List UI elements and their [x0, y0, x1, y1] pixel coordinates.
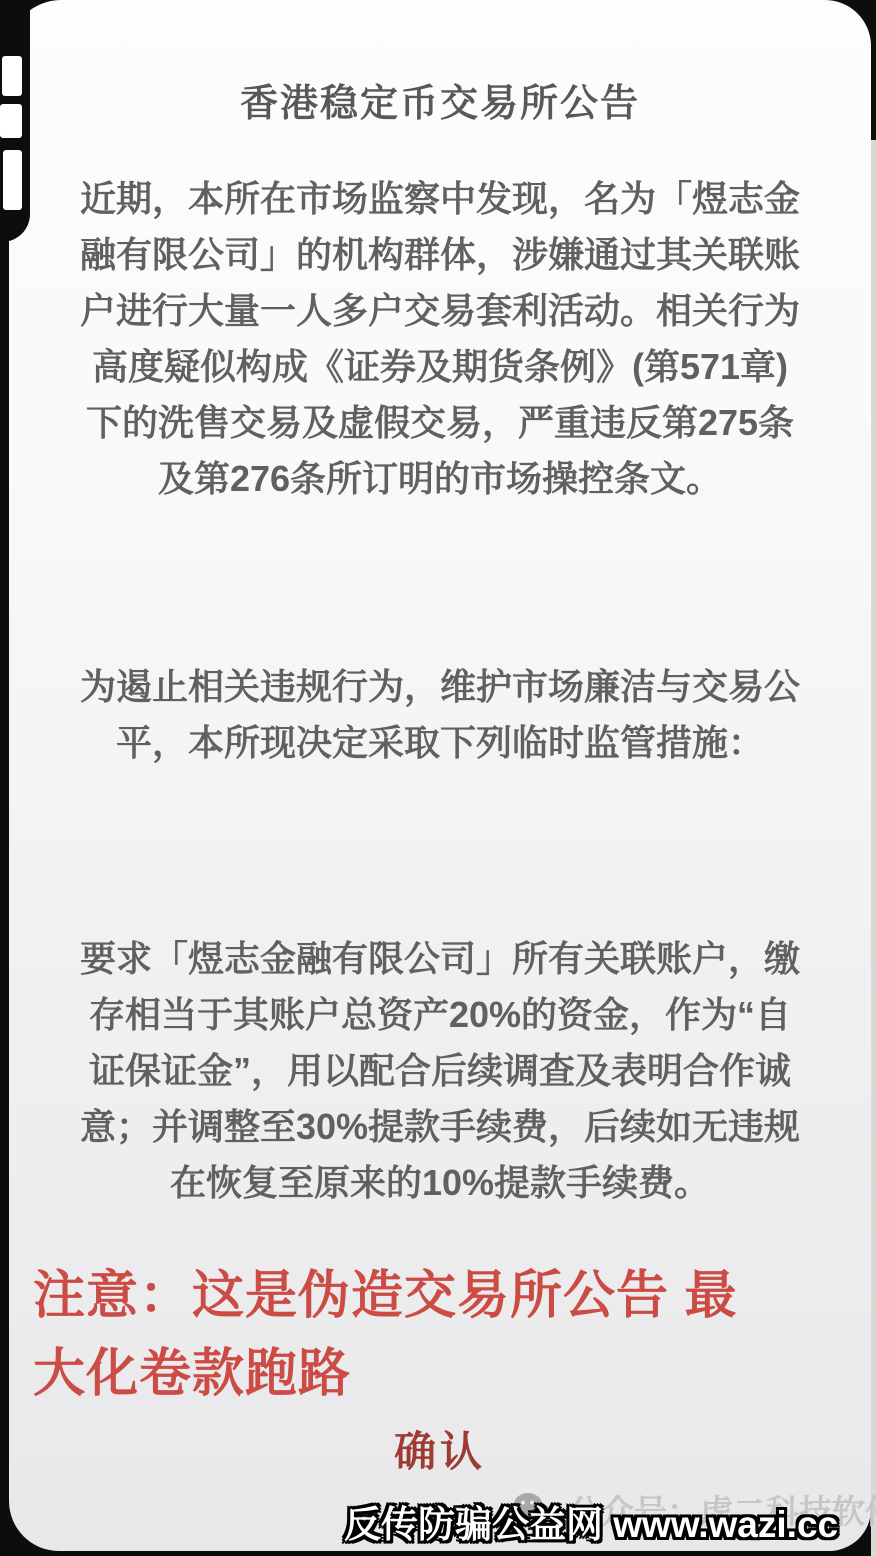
confirm-row: 确认 [75, 1419, 805, 1479]
confirm-button[interactable]: 确认 [394, 1419, 486, 1479]
announcement-paragraph-2: 为遏止相关违规行为，维护市场廉洁与交易公平，本所现决定采取下列临时监管措施： [75, 659, 805, 771]
anti-fraud-watermark: 反传防骗公益网 www.wazi.cc [344, 1494, 838, 1548]
page-background: { "colors": { "page_bg": "#0d0d0d", "car… [0, 0, 876, 1556]
forgery-warning-text: 注意：这是伪造交易所公告 最 大化卷款跑路 [33, 1257, 847, 1413]
glyph-fragment-piece [3, 150, 22, 210]
announcement-paragraph-1: 近期，本所在市场监察中发现，名为「煜志金融有限公司」的机构群体，涉嫌通过其关联账… [75, 171, 805, 507]
announcement-title: 香港稳定币交易所公告 [75, 72, 805, 127]
announcement-paragraph-3: 要求「煜志金融有限公司」所有关联账户，缴存相当于其账户总资产20%的资金，作为“… [75, 931, 805, 1211]
right-edge-strip [871, 140, 876, 1556]
forgery-warning-line-2: 大化卷款跑路 [33, 1335, 847, 1413]
clipped-glyph-fragment [0, 52, 26, 217]
glyph-fragment-piece [0, 104, 22, 138]
announcement-card: 香港稳定币交易所公告 近期，本所在市场监察中发现，名为「煜志金融有限公司」的机构… [9, 0, 871, 1551]
glyph-fragment-piece [2, 56, 22, 96]
forgery-warning-line-1: 注意：这是伪造交易所公告 最 [33, 1257, 847, 1335]
